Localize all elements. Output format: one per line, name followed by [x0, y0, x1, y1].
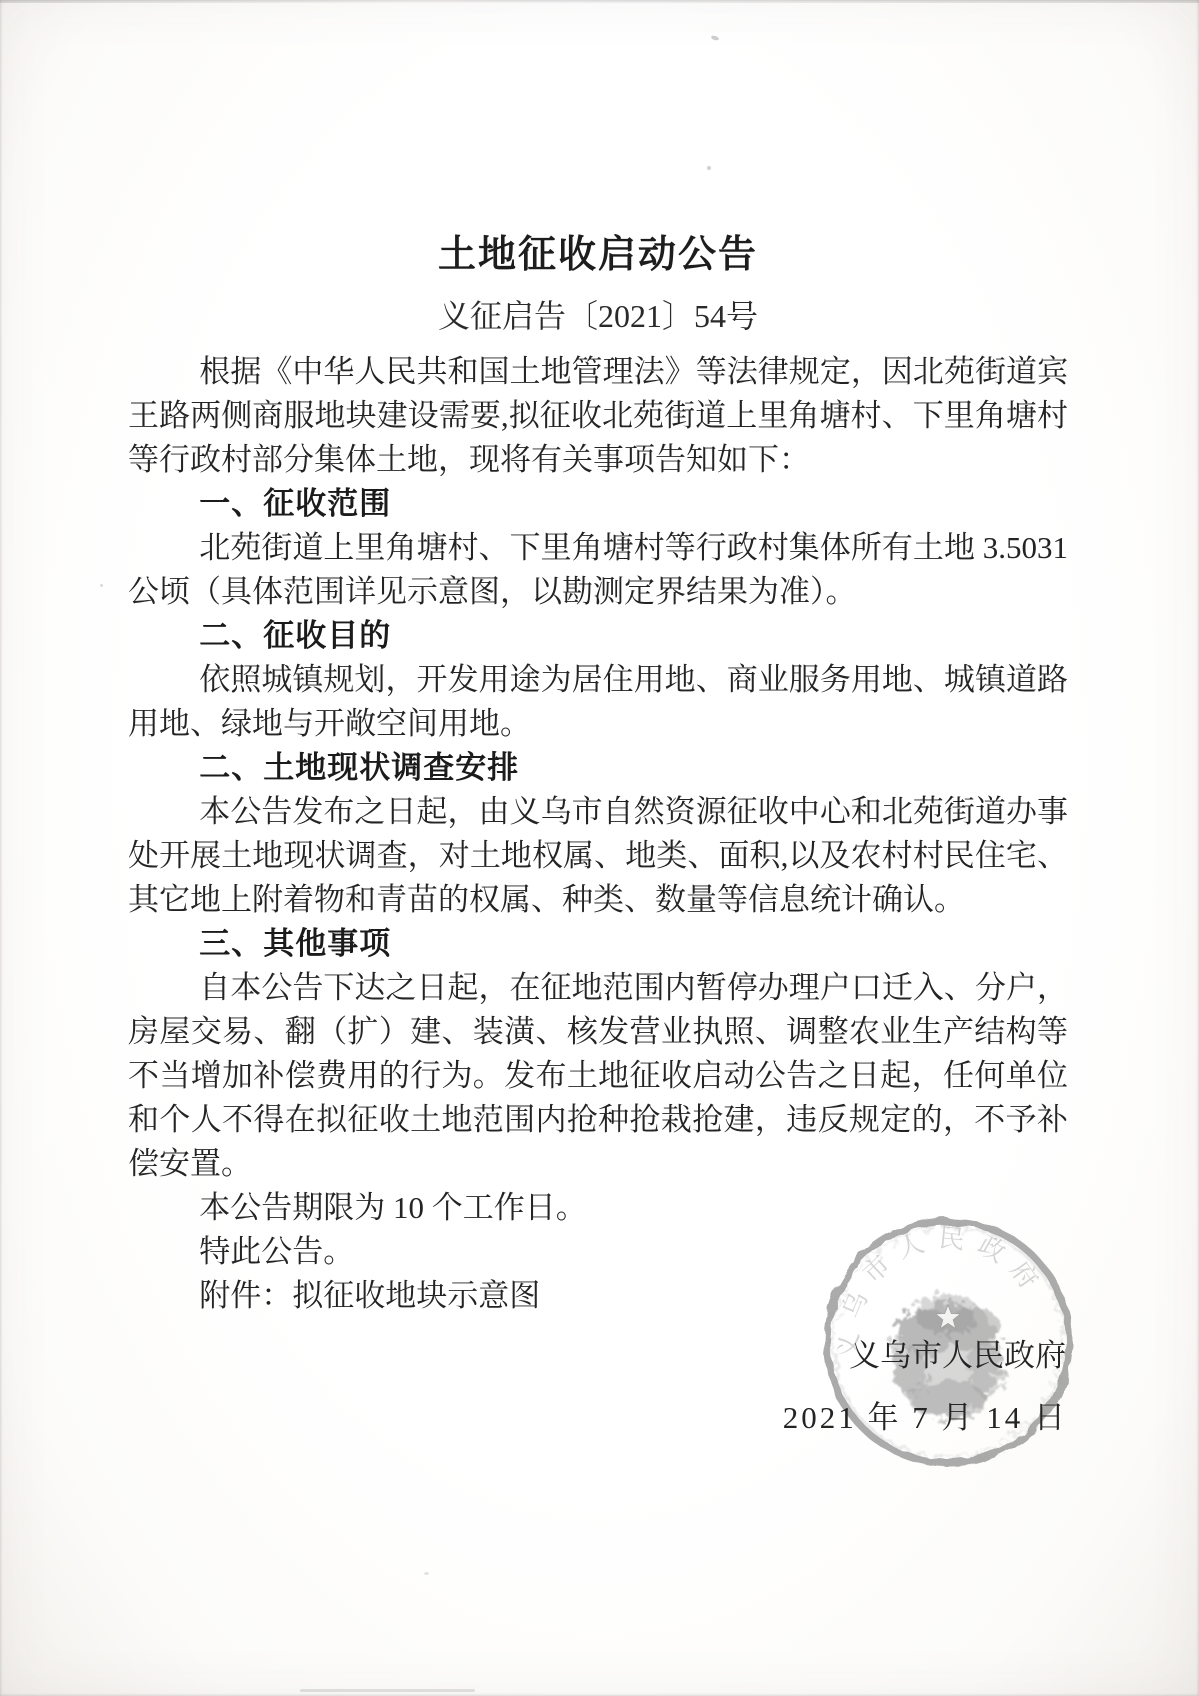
duration-line: 本公告期限为 10 个工作日。: [128, 1186, 1068, 1230]
closing-line: 特此公告。: [128, 1230, 1068, 1274]
section2-heading: 二、征收目的: [128, 614, 1068, 658]
document-page: 义乌市人民政府 土地征收启动公告 义征启告〔2021〕54号 根据《中华人民共和…: [0, 0, 1199, 1696]
issuer-name: 义乌市人民政府: [128, 1334, 1068, 1378]
section1-heading: 一、征收范围: [128, 482, 1068, 526]
section4-heading: 三、其他事项: [128, 922, 1068, 966]
section2-paragraph: 依照城镇规划，开发用途为居住用地、商业服务用地、城镇道路用地、绿地与开敞空间用地…: [128, 658, 1068, 746]
scan-artifact: [424, 1572, 429, 1575]
section1-paragraph: 北苑街道上里角塘村、下里角塘村等行政村集体所有土地 3.5031 公顷（具体范围…: [128, 526, 1068, 614]
section3-heading: 二、土地现状调查安排: [128, 746, 1068, 790]
signature-block: 义乌市人民政府 2021 年 7 月 14 日: [128, 1334, 1068, 1440]
issue-date: 2021 年 7 月 14 日: [128, 1396, 1068, 1440]
scan-artifact: [300, 1689, 475, 1692]
document-body: 根据《中华人民共和国土地管理法》等法律规定，因北苑街道宾王路两侧商服地块建设需要…: [128, 350, 1068, 1318]
document-content: 土地征收启动公告 义征启告〔2021〕54号 根据《中华人民共和国土地管理法》等…: [128, 0, 1068, 1440]
scan-artifact: [100, 584, 103, 587]
intro-paragraph: 根据《中华人民共和国土地管理法》等法律规定，因北苑街道宾王路两侧商服地块建设需要…: [128, 350, 1068, 482]
document-title: 土地征收启动公告: [128, 232, 1068, 278]
document-number: 义征启告〔2021〕54号: [128, 296, 1068, 336]
section4-paragraph: 自本公告下达之日起，在征地范围内暂停办理户口迁入、分户，房屋交易、翻（扩）建、装…: [128, 966, 1068, 1186]
section3-paragraph: 本公告发布之日起，由义乌市自然资源征收中心和北苑街道办事处开展土地现状调查，对土…: [128, 790, 1068, 922]
attachment-line: 附件：拟征收地块示意图: [128, 1274, 1068, 1318]
